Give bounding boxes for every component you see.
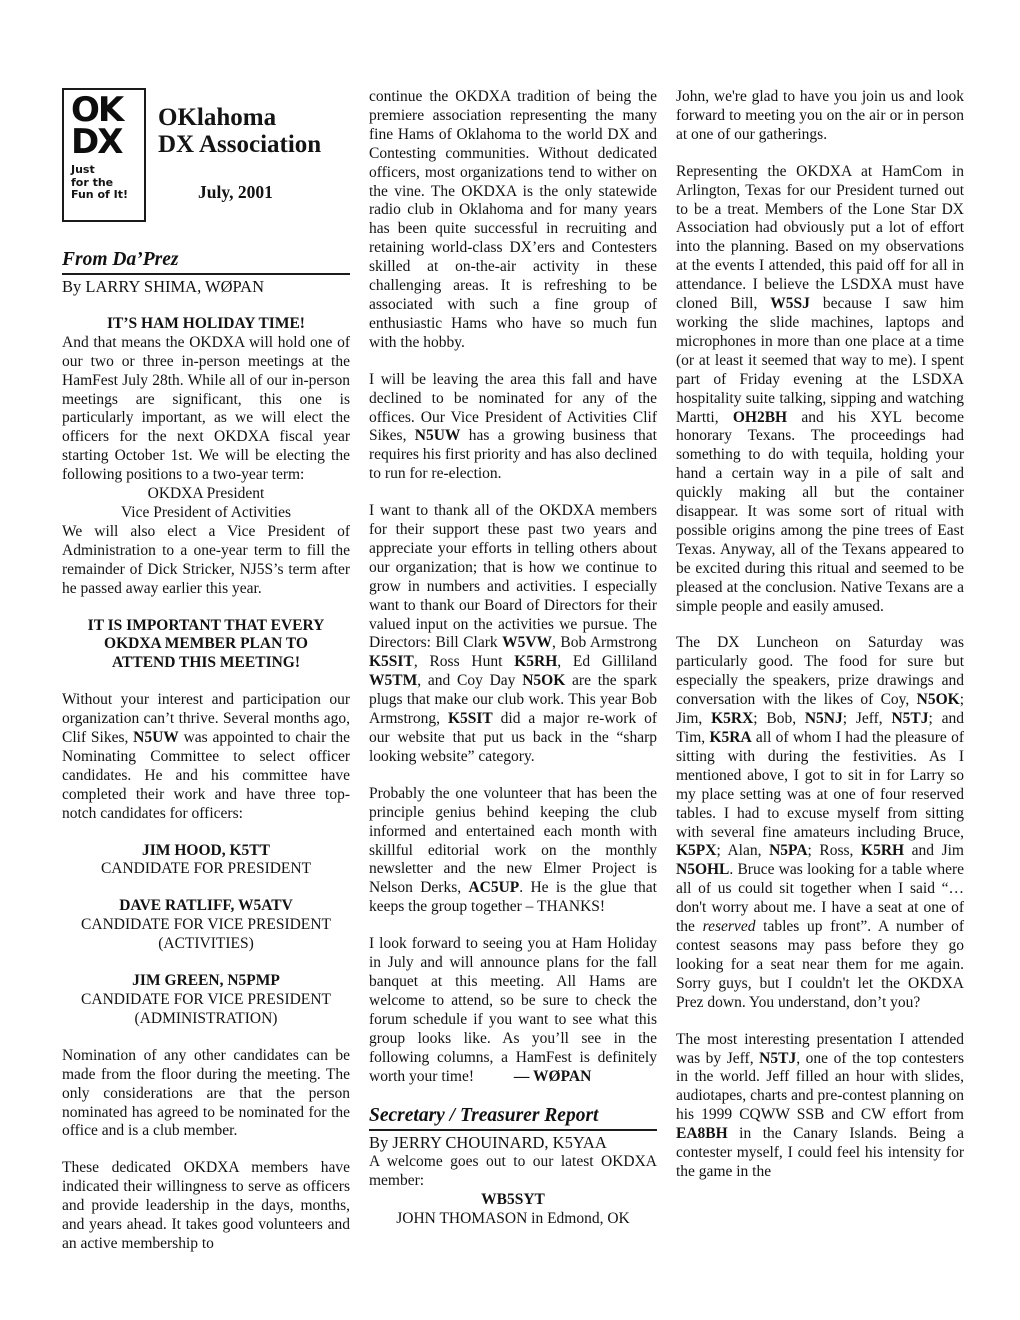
column-1-content: From Da’PrezBy LARRY SHIMA, WØPANIT’S HA…	[62, 248, 350, 1254]
centered-line: JIM HOOD, K5TT	[62, 842, 350, 861]
centered-line: JOHN THOMASON in Edmond, OK	[369, 1210, 657, 1229]
paragraph: continue the OKDXA tradition of being th…	[369, 88, 657, 353]
logo-tagline-line2: for the	[71, 177, 138, 189]
callsign: W5VW	[502, 634, 552, 651]
centered-block: IT IS IMPORTANT THAT EVERYOKDXA MEMBER P…	[62, 617, 350, 674]
callsign: N5OHL	[676, 861, 729, 878]
callsign: K5RX	[711, 710, 753, 727]
centered-line: (ADMINISTRATION)	[62, 1010, 350, 1029]
centered-block: OKDXA President Vice President of Activi…	[62, 485, 350, 523]
paragraph: I want to thank all of the OKDXA members…	[369, 502, 657, 767]
logo-text-dx: DX	[71, 127, 138, 159]
callsign: — WØPAN	[514, 1068, 591, 1085]
centered-line: OKDXA MEMBER PLAN TO	[62, 635, 350, 654]
centered-line: Vice President of Activities	[62, 504, 350, 523]
centered-block: WB5SYTJOHN THOMASON in Edmond, OK	[369, 1191, 657, 1229]
centered-line: CANDIDATE FOR VICE PRESIDENT	[62, 991, 350, 1010]
callsign: K5RH	[514, 653, 557, 670]
org-name-line2: DX Association	[158, 132, 321, 159]
centered-line: IT’S HAM HOLIDAY TIME!	[62, 315, 350, 334]
paragraph: Representing the OKDXA at HamCom in Arli…	[676, 163, 964, 617]
centered-block: JIM GREEN, N5PMPCANDIDATE FOR VICE PRESI…	[62, 972, 350, 1029]
callsign: OH2BH	[733, 409, 787, 426]
paragraph: Probably the one volunteer that has been…	[369, 785, 657, 917]
column-1: OK DX Just for the Fun of It! OKlahoma D…	[62, 88, 350, 1254]
callsign: N5TJ	[759, 1050, 796, 1067]
callsign: AC5UP	[468, 879, 519, 896]
organization-name: OKlahoma DX Association	[158, 105, 321, 159]
centered-line: DAVE RATLIFF, W5ATV	[62, 897, 350, 916]
callsign: DAVE RATLIFF, W5ATV	[119, 897, 293, 914]
centered-line: IT IS IMPORTANT THAT EVERY	[62, 617, 350, 636]
callsign: N5NJ	[805, 710, 843, 727]
paragraph: I will be leaving the area this fall and…	[369, 371, 657, 484]
callsign: K5SIT	[448, 710, 493, 727]
callsign: EA8BH	[676, 1125, 728, 1142]
centered-line: ATTEND THIS MEETING!	[62, 654, 350, 673]
logo-tagline-line3: Fun of It!	[71, 189, 138, 201]
centered-line: CANDIDATE FOR VICE PRESIDENT	[62, 916, 350, 935]
callsign: N5UW	[415, 427, 461, 444]
callsign: ATTEND THIS MEETING!	[112, 654, 300, 671]
centered-block: JIM HOOD, K5TTCANDIDATE FOR PRESIDENT	[62, 842, 350, 880]
column-3-content: John, we're glad to have you join us and…	[676, 88, 964, 1182]
callsign: N5TJ	[891, 710, 928, 727]
paragraph: The most interesting presentation I atte…	[676, 1031, 964, 1182]
paragraph: The DX Luncheon on Saturday was particul…	[676, 634, 964, 1012]
paragraph: These dedicated OKDXA members have indic…	[62, 1159, 350, 1254]
paragraph: John, we're glad to have you join us and…	[676, 88, 964, 145]
centered-line: JIM GREEN, N5PMP	[62, 972, 350, 991]
centered-line: CANDIDATE FOR PRESIDENT	[62, 860, 350, 879]
byline: By JERRY CHOUINARD, K5YAA	[369, 1133, 657, 1153]
callsign: W5TM	[369, 672, 417, 689]
org-name-line1: OKlahoma	[158, 105, 321, 132]
centered-line: (ACTIVITIES)	[62, 935, 350, 954]
centered-line: OKDXA President	[62, 485, 350, 504]
callsign: JIM GREEN, N5PMP	[132, 972, 280, 989]
column-2: continue the OKDXA tradition of being th…	[369, 88, 657, 1254]
callsign: IT IS IMPORTANT THAT EVERY	[88, 617, 325, 634]
callsign: K5PX	[676, 842, 716, 859]
paragraph: And that means the OKDXA will hold one o…	[62, 334, 350, 485]
callsign: K5RA	[709, 729, 751, 746]
section-title: From Da’Prez	[62, 248, 350, 275]
paragraph: A welcome goes out to our latest OKDXA m…	[369, 1153, 657, 1191]
section: Secretary / Treasurer ReportBy JERRY CHO…	[369, 1104, 657, 1153]
column-2-content: continue the OKDXA tradition of being th…	[369, 88, 657, 1229]
paragraph: Without your interest and participation …	[62, 691, 350, 823]
callsign: K5SIT	[369, 653, 414, 670]
section-title: Secretary / Treasurer Report	[369, 1104, 657, 1131]
section: From Da’PrezBy LARRY SHIMA, WØPAN	[62, 248, 350, 297]
paragraph: Nomination of any other candidates can b…	[62, 1047, 350, 1142]
issue-date: July, 2001	[198, 182, 273, 203]
callsign: JIM HOOD, K5TT	[142, 842, 270, 859]
byline: By LARRY SHIMA, WØPAN	[62, 277, 350, 297]
callsign: IT’S HAM HOLIDAY TIME!	[107, 315, 305, 332]
callsign: N5OK	[917, 691, 960, 708]
callsign: N5PA	[769, 842, 807, 859]
emphasis: reserved	[703, 918, 756, 935]
paragraph: I look forward to seeing you at Ham Holi…	[369, 935, 657, 1086]
masthead: OK DX Just for the Fun of It! OKlahoma D…	[62, 88, 350, 248]
callsign: WB5SYT	[481, 1191, 545, 1208]
centered-line: WB5SYT	[369, 1191, 657, 1210]
column-3: John, we're glad to have you join us and…	[676, 88, 964, 1254]
callsign: K5RH	[861, 842, 904, 859]
newsletter-page: OK DX Just for the Fun of It! OKlahoma D…	[0, 0, 1020, 1254]
callsign: OKDXA MEMBER PLAN TO	[104, 635, 308, 652]
logo-tagline: Just for the Fun of It!	[71, 164, 138, 201]
callsign: N5OK	[522, 672, 565, 689]
centered-block: IT’S HAM HOLIDAY TIME!	[62, 315, 350, 334]
logo-tagline-line1: Just	[71, 164, 138, 176]
callsign: N5UW	[133, 729, 179, 746]
paragraph: We will also elect a Vice President of A…	[62, 523, 350, 599]
okdx-logo: OK DX Just for the Fun of It!	[62, 88, 146, 222]
callsign: W5SJ	[770, 295, 810, 312]
centered-block: DAVE RATLIFF, W5ATVCANDIDATE FOR VICE PR…	[62, 897, 350, 954]
